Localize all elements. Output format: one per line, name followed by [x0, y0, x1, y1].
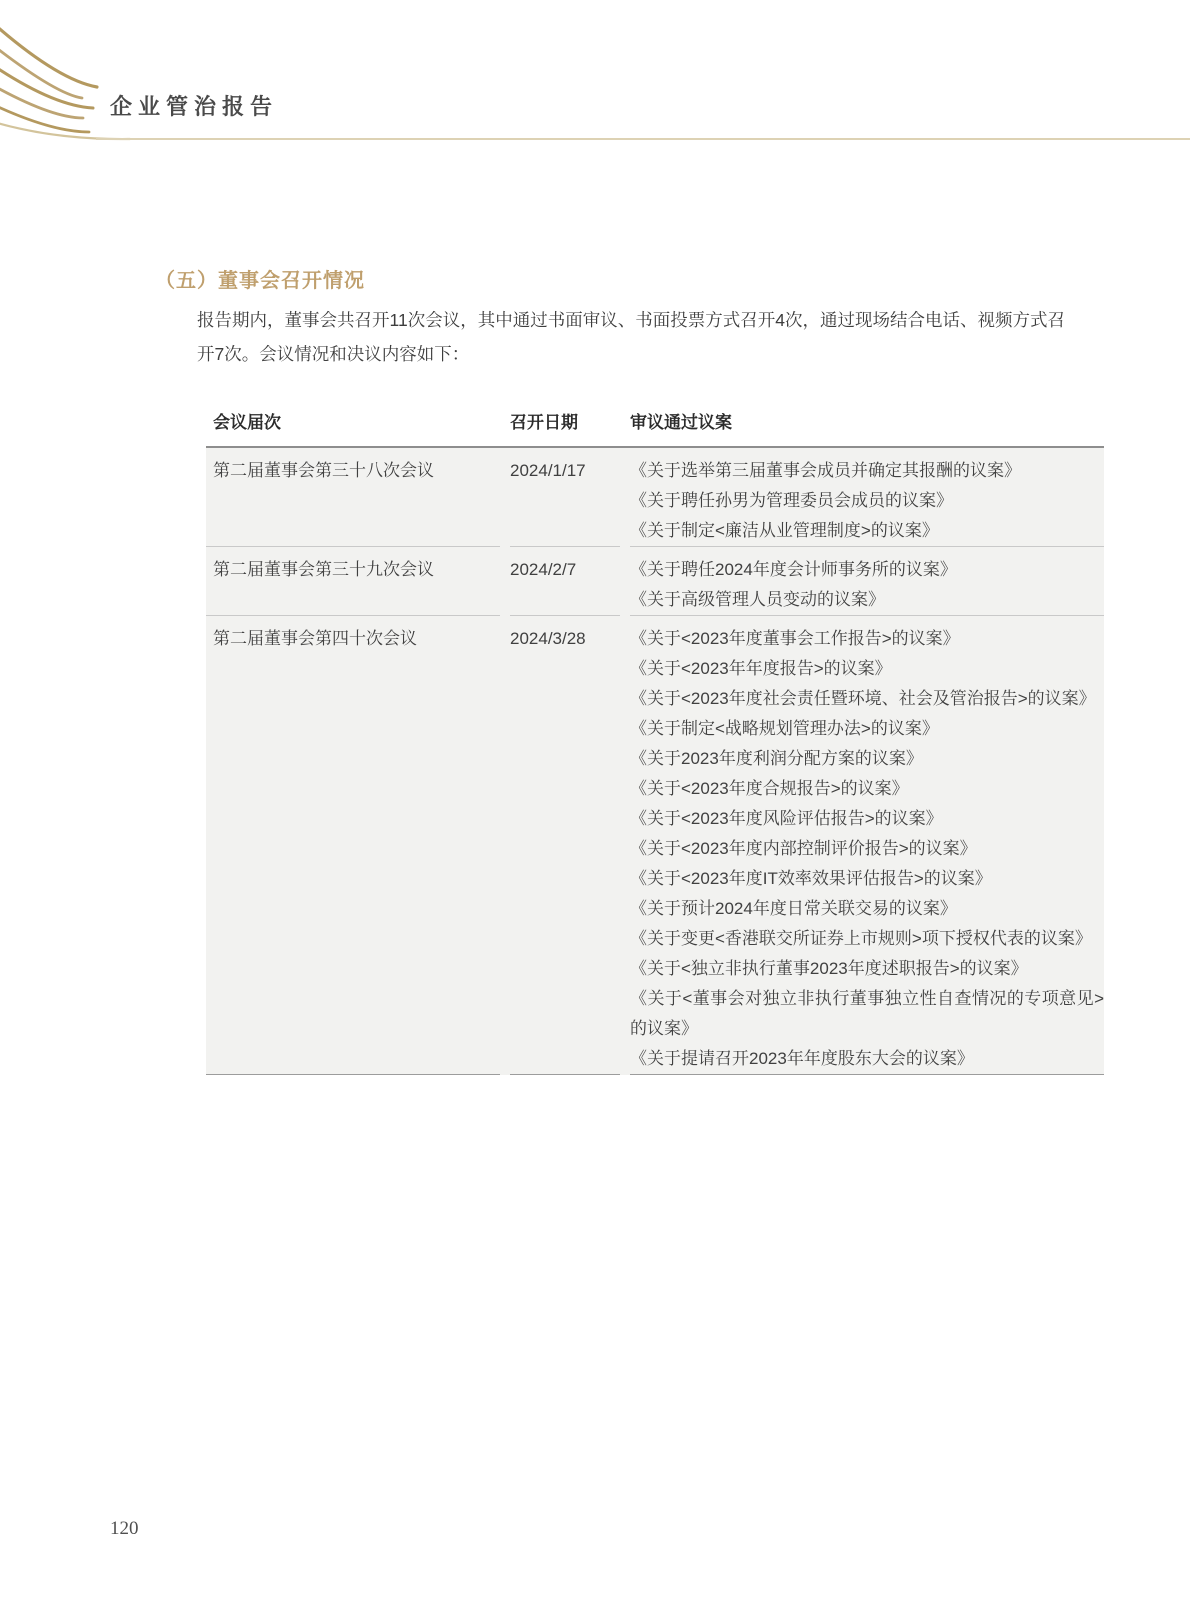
proposal-list: 《关于聘任2024年度会计师事务所的议案》 《关于高级管理人员变动的议案》 — [630, 547, 1104, 616]
header-rule — [96, 138, 1190, 140]
proposal-item: 《关于制定<战略规划管理办法>的议案》 — [630, 714, 1104, 744]
corner-curves-logo — [0, 0, 320, 160]
page-title: 企业管治报告 — [110, 90, 278, 121]
table-row: 第二届董事会第四十次会议 2024/3/28 《关于<2023年度董事会工作报告… — [206, 616, 1104, 1075]
table-body: 第二届董事会第三十八次会议 2024/1/17 《关于选举第三届董事会成员并确定… — [206, 448, 1104, 1075]
proposal-item: 《关于聘任孙男为管理委员会成员的议案》 — [630, 486, 1104, 516]
proposal-item: 《关于选举第三届董事会成员并确定其报酬的议案》 — [630, 456, 1104, 486]
meeting-name: 第二届董事会第三十八次会议 — [206, 448, 500, 547]
column-header-proposals: 审议通过议案 — [630, 408, 1104, 438]
column-header-meeting: 会议届次 — [206, 408, 500, 438]
proposal-item: 《关于<2023年度社会责任暨环境、社会及管治报告>的议案》 — [630, 684, 1104, 714]
proposal-item: 《关于<2023年度内部控制评价报告>的议案》 — [630, 834, 1104, 864]
meeting-date: 2024/3/28 — [510, 616, 620, 1075]
proposal-item: 《关于<2023年度董事会工作报告>的议案》 — [630, 624, 1104, 654]
proposal-list: 《关于选举第三届董事会成员并确定其报酬的议案》 《关于聘任孙男为管理委员会成员的… — [630, 448, 1104, 547]
column-header-date: 召开日期 — [510, 408, 620, 438]
table-header-row: 会议届次 召开日期 审议通过议案 — [206, 400, 1104, 448]
meetings-table: 会议届次 召开日期 审议通过议案 第二届董事会第三十八次会议 2024/1/17… — [206, 400, 1104, 1075]
proposal-item: 《关于制定<廉洁从业管理制度>的议案》 — [630, 516, 1104, 546]
table-row: 第二届董事会第三十九次会议 2024/2/7 《关于聘任2024年度会计师事务所… — [206, 547, 1104, 616]
section-heading: （五）董事会召开情况 — [155, 264, 365, 293]
proposal-item: 《关于预计2024年度日常关联交易的议案》 — [630, 894, 1104, 924]
proposal-item: 《关于<2023年度IT效率效果评估报告>的议案》 — [630, 864, 1104, 894]
page-number: 120 — [110, 1518, 139, 1540]
proposal-item: 《关于提请召开2023年年度股东大会的议案》 — [630, 1044, 1104, 1074]
proposal-item: 《关于聘任2024年度会计师事务所的议案》 — [630, 555, 1104, 585]
intro-paragraph: 报告期内，董事会共召开11次会议，其中通过书面审议、书面投票方式召开4次，通过现… — [197, 303, 1065, 371]
proposal-item: 《关于<2023年度风险评估报告>的议案》 — [630, 804, 1104, 834]
proposal-item: 《关于2023年度利润分配方案的议案》 — [630, 744, 1104, 774]
meeting-name: 第二届董事会第三十九次会议 — [206, 547, 500, 616]
proposal-item: 《关于<2023年度合规报告>的议案》 — [630, 774, 1104, 804]
meeting-date: 2024/1/17 — [510, 448, 620, 547]
table-row: 第二届董事会第三十八次会议 2024/1/17 《关于选举第三届董事会成员并确定… — [206, 448, 1104, 547]
proposal-item: 《关于<独立非执行董事2023年度述职报告>的议案》 — [630, 954, 1104, 984]
proposal-item: 《关于<2023年年度报告>的议案》 — [630, 654, 1104, 684]
proposal-item: 《关于高级管理人员变动的议案》 — [630, 585, 1104, 615]
report-page: 企业管治报告 （五）董事会召开情况 报告期内，董事会共召开11次会议，其中通过书… — [0, 0, 1190, 1615]
proposal-item: 《关于变更<香港联交所证券上市规则>项下授权代表的议案》 — [630, 924, 1104, 954]
meeting-date: 2024/2/7 — [510, 547, 620, 616]
proposal-item: 《关于<董事会对独立非执行董事独立性自查情况的专项意见>的议案》 — [630, 984, 1104, 1044]
meeting-name: 第二届董事会第四十次会议 — [206, 616, 500, 1075]
proposal-list: 《关于<2023年度董事会工作报告>的议案》 《关于<2023年年度报告>的议案… — [630, 616, 1104, 1075]
